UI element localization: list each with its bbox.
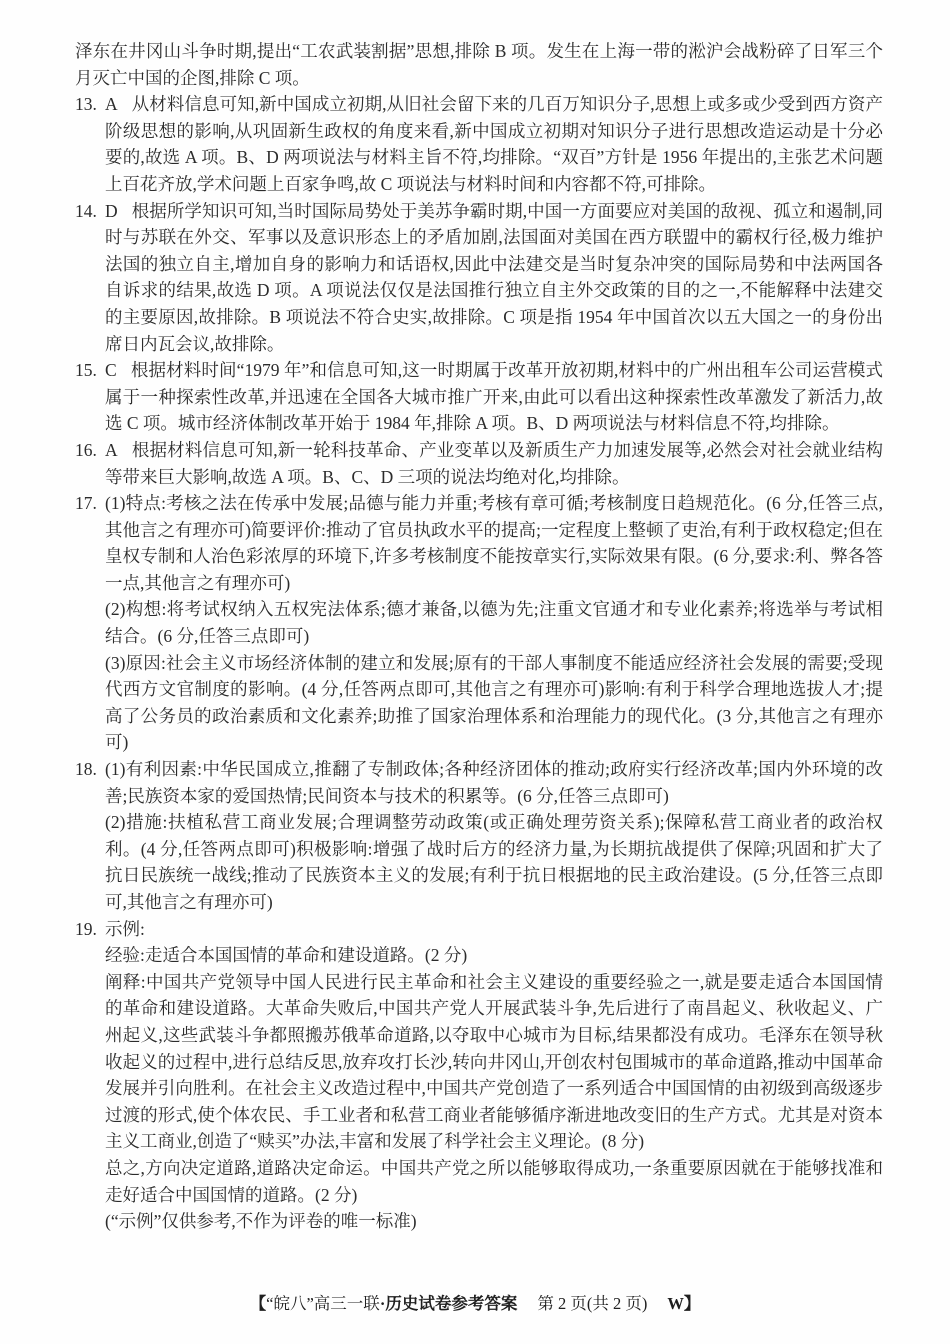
item-paragraph: D根据所学知识可知,当时国际局势处于美苏争霸时期,中国一方面要应对美国的敌视、孤… — [105, 198, 883, 358]
footer-page-info: 第 2 页(共 2 页) — [537, 1294, 647, 1313]
item-paragraph-explanation: 阐释:中国共产党领导中国人民进行民主革命和社会主义建设的重要经验之一,就是要走适… — [105, 969, 883, 1155]
answer-item-18: 18. (1)有利因素:中华民国成立,推翻了专制政体;各种经济团体的推动;政府实… — [75, 756, 883, 916]
item-number: 14. — [75, 198, 97, 225]
footer-bracket-right: 】 — [684, 1294, 701, 1313]
item-text: 根据所学知识可知,当时国际局势处于美苏争霸时期,中国一方面要应对美国的敌视、孤立… — [105, 201, 883, 354]
item-paragraph-conclusion: 总之,方向决定道路,道路决定命运。中国共产党之所以能够取得成功,一条重要原因就在… — [105, 1155, 883, 1208]
footer-bracket-left: 【 — [250, 1294, 267, 1313]
footer-subject-label: 历史试卷参考答案 — [385, 1294, 517, 1313]
answer-letter: D — [105, 201, 132, 221]
item-paragraph: C根据材料时间“1979 年”和信息可知,这一时期属于改革开放初期,材料中的广州… — [105, 357, 883, 437]
answer-letter: A — [105, 94, 132, 114]
footer-exam-label: “皖八”高三一联 — [266, 1294, 380, 1313]
item-number: 18. — [75, 756, 97, 783]
item-paragraph-1: (1)特点:考核之法在传承中发展;品德与能力并重;考核有章可循;考核制度日趋规范… — [105, 490, 883, 596]
item-number: 13. — [75, 91, 97, 118]
answer-item-16: 16. A根据材料信息可知,新一轮科技革命、产业变革以及新质生产力加速发展等,必… — [75, 437, 883, 490]
item-paragraph-label: 示例: — [105, 916, 883, 943]
item-number: 19. — [75, 916, 97, 943]
item-paragraph-note: (“示例”仅供参考,不作为评卷的唯一标准) — [105, 1208, 883, 1235]
answer-key-page: 泽东在井冈山斗争时期,提出“工农武装割据”思想,排除 B 项。发生在上海一带的淞… — [0, 0, 950, 1344]
item-paragraph: A根据材料信息可知,新一轮科技革命、产业变革以及新质生产力加速发展等,必然会对社… — [105, 437, 883, 490]
item-paragraph-1: (1)有利因素:中华民国成立,推翻了专制政体;各种经济团体的推动;政府实行经济改… — [105, 756, 883, 809]
item-text: 根据材料时间“1979 年”和信息可知,这一时期属于改革开放初期,材料中的广州出… — [105, 360, 883, 433]
page-footer: 【“皖八”高三一联·历史试卷参考答案第 2 页(共 2 页)W】 — [0, 1290, 950, 1314]
answer-letter: C — [105, 360, 131, 380]
answer-item-15: 15. C根据材料时间“1979 年”和信息可知,这一时期属于改革开放初期,材料… — [75, 357, 883, 437]
item-number: 16. — [75, 437, 97, 464]
answer-key-content: 泽东在井冈山斗争时期,提出“工农武装割据”思想,排除 B 项。发生在上海一带的淞… — [75, 38, 883, 1235]
item-paragraph-experience: 经验:走适合本国国情的革命和建设道路。(2 分) — [105, 942, 883, 969]
item-paragraph-2: (2)措施:扶植私营工商业发展;合理调整劳动政策(或正确处理劳资关系);保障私营… — [105, 809, 883, 915]
continuation-paragraph: 泽东在井冈山斗争时期,提出“工农武装割据”思想,排除 B 项。发生在上海一带的淞… — [75, 38, 883, 91]
item-paragraph: A从材料信息可知,新中国成立初期,从旧社会留下来的几百万知识分子,思想上或多或少… — [105, 91, 883, 197]
item-number: 17. — [75, 490, 97, 517]
item-paragraph-3: (3)原因:社会主义市场经济体制的建立和发展;原有的干部人事制度不能适应经济社会… — [105, 650, 883, 756]
item-number: 15. — [75, 357, 97, 384]
answer-item-19: 19. 示例: 经验:走适合本国国情的革命和建设道路。(2 分) 阐释:中国共产… — [75, 916, 883, 1235]
item-text: 根据材料信息可知,新一轮科技革命、产业变革以及新质生产力加速发展等,必然会对社会… — [105, 440, 883, 487]
answer-letter: A — [105, 440, 132, 460]
item-paragraph-2: (2)构想:将考试权纳入五权宪法体系;德才兼备,以德为先;注重文官通才和专业化素… — [105, 596, 883, 649]
item-text: 从材料信息可知,新中国成立初期,从旧社会留下来的几百万知识分子,思想上或多或少受… — [105, 94, 883, 194]
answer-item-17: 17. (1)特点:考核之法在传承中发展;品德与能力并重;考核有章可循;考核制度… — [75, 490, 883, 756]
answer-item-13: 13. A从材料信息可知,新中国成立初期,从旧社会留下来的几百万知识分子,思想上… — [75, 91, 883, 197]
answer-item-14: 14. D根据所学知识可知,当时国际局势处于美苏争霸时期,中国一方面要应对美国的… — [75, 198, 883, 358]
footer-watermark: W — [667, 1294, 684, 1313]
